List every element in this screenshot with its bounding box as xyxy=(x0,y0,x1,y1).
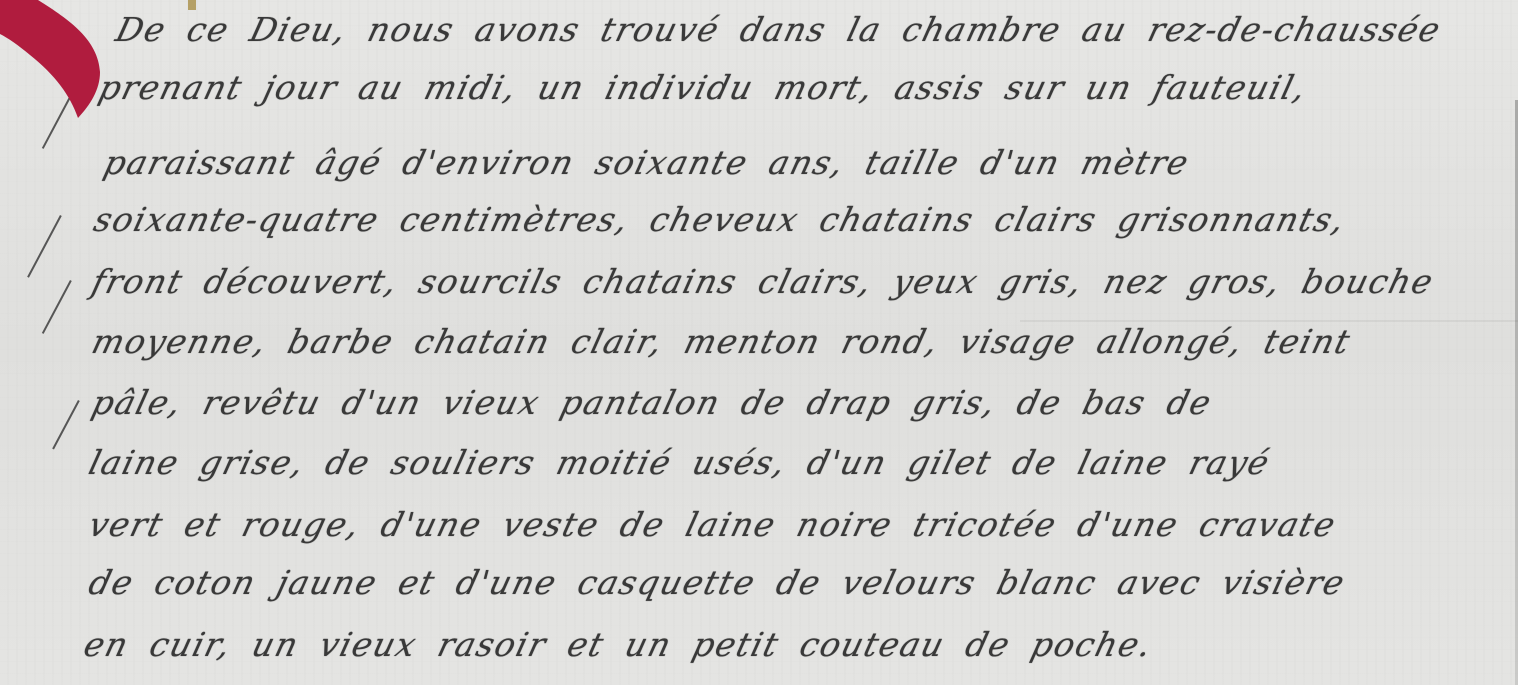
manuscript-line-1: De ce Dieu, nous avons trouvé dans la ch… xyxy=(112,10,1518,49)
manuscript-line-7: pâle, revêtu d'un vieux pantalon de drap… xyxy=(88,383,1518,422)
manuscript-line-11: en cuir, un vieux rasoir et un petit cou… xyxy=(80,625,1518,664)
manuscript-line-3: paraissant âgé d'environ soixante ans, t… xyxy=(100,143,1518,182)
manuscript-line-5: front découvert, sourcils chatains clair… xyxy=(88,262,1518,301)
manuscript-line-4: soixante-quatre centimètres, cheveux cha… xyxy=(90,200,1518,239)
manuscript-line-6: moyenne, barbe chatain clair, menton ron… xyxy=(88,322,1518,361)
gold-bookmark-mark xyxy=(188,0,196,10)
manuscript-line-9: vert et rouge, d'une veste de laine noir… xyxy=(85,505,1518,544)
red-ribbon-icon xyxy=(0,0,110,125)
manuscript-line-8: laine grise, de souliers moitié usés, d'… xyxy=(85,443,1518,482)
manuscript-line-10: de coton jaune et d'une casquette de vel… xyxy=(85,563,1518,602)
manuscript-line-2: prenant jour au midi, un individu mort, … xyxy=(95,68,1518,107)
